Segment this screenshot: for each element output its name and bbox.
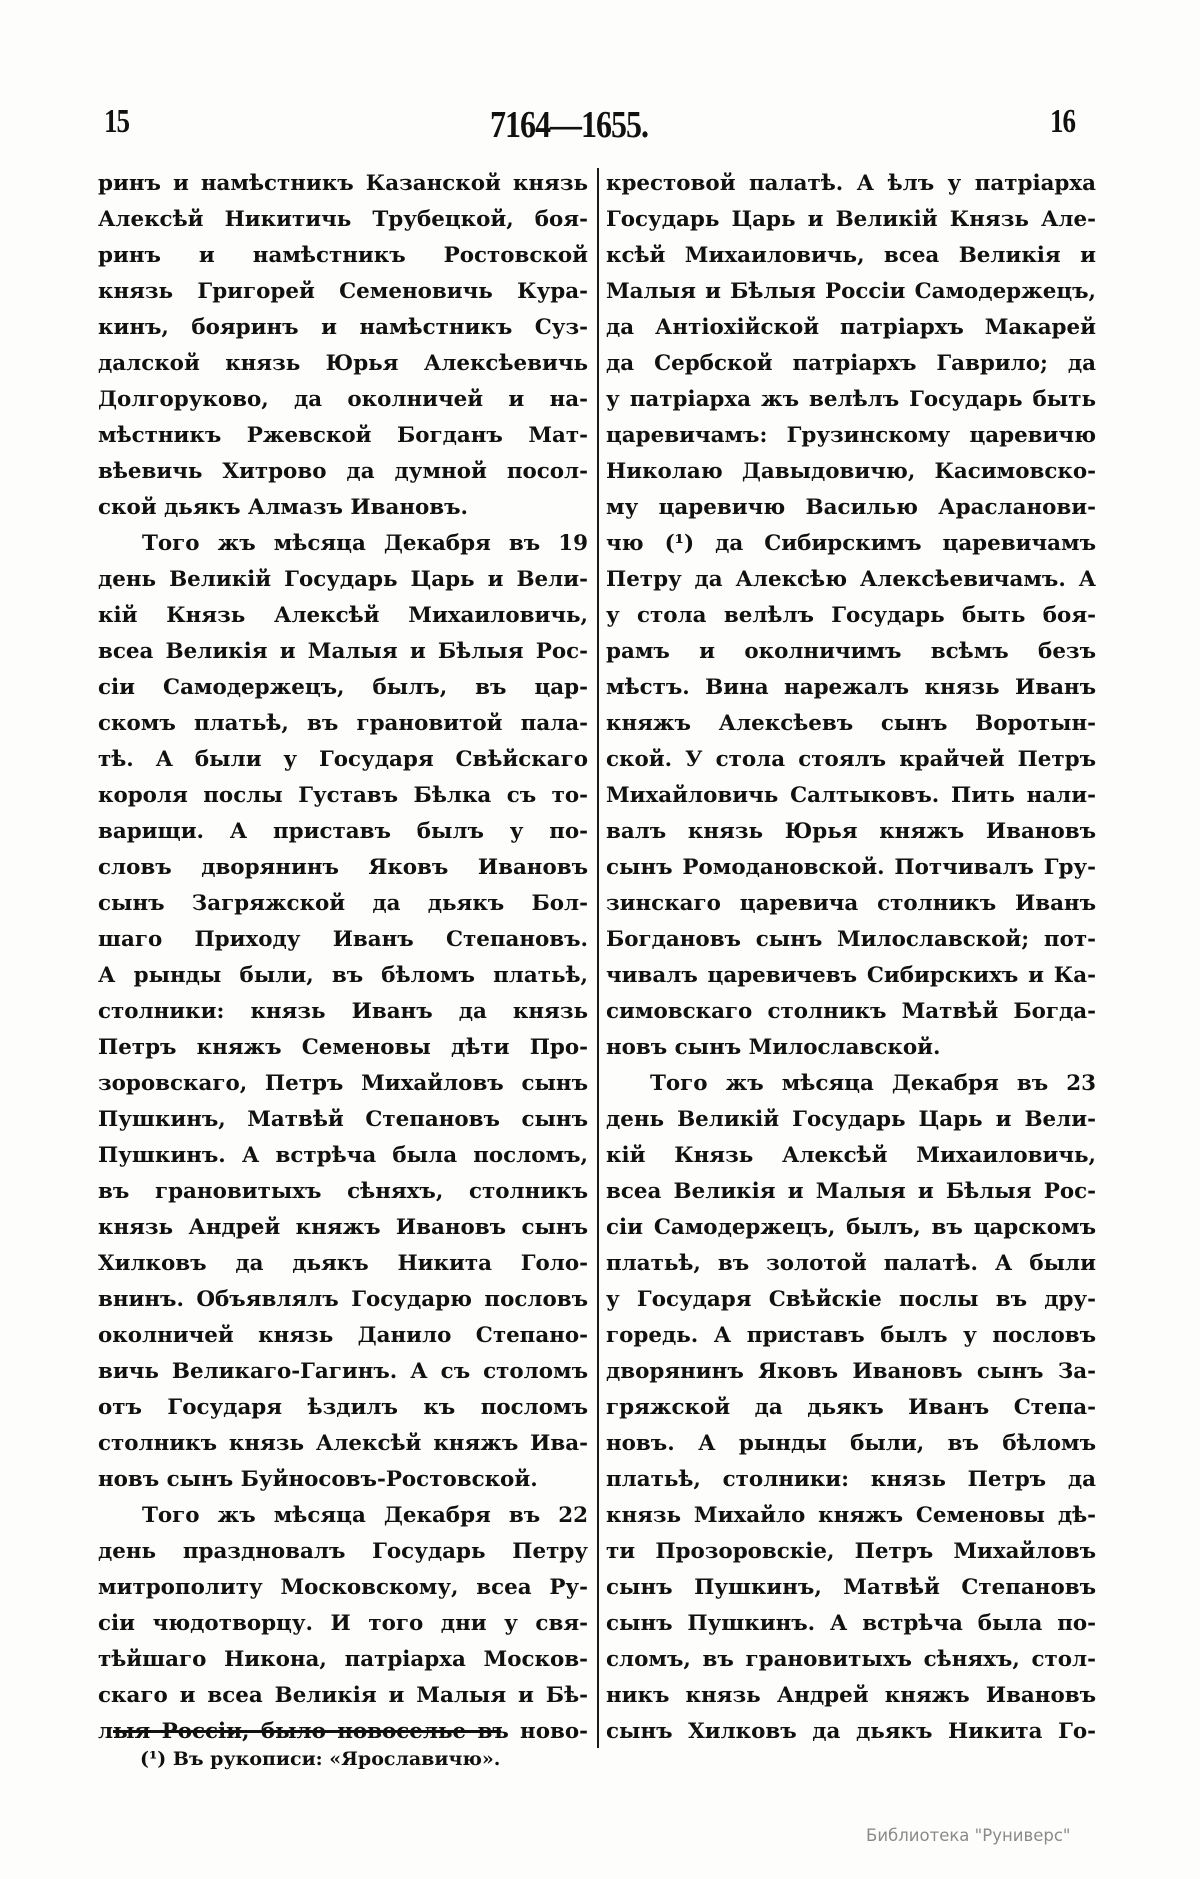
text-line: Малыя и Бѣлыя Россіи Самодержецъ, (606, 274, 1096, 310)
left-text-column: ринъ и намѣстникъ Казанской князьАлексѣй… (98, 166, 588, 1750)
text-line: ской дьякъ Алмазъ Ивановъ. (98, 490, 588, 526)
text-line: Того жъ мѣсяца Декабря въ 23 (606, 1066, 1096, 1102)
text-line: князь Андрей княжъ Ивановъ сынъ (98, 1210, 588, 1246)
text-line: платьѣ, столники: князь Петръ да (606, 1462, 1096, 1498)
text-line: ксѣй Михаиловичь, всеа Великія и (606, 238, 1096, 274)
text-line: зинскаго царевича столникъ Иванъ (606, 886, 1096, 922)
text-line: симовскаго столникъ Матвѣй Богда- (606, 994, 1096, 1030)
text-line: околничей князь Данило Степано- (98, 1318, 588, 1354)
text-line: Петръ княжъ Семеновы дѣти Про- (98, 1030, 588, 1066)
text-line: Долгоруково, да околничей и на- (98, 382, 588, 418)
text-line: скомъ платьѣ, въ грановитой пала- (98, 706, 588, 742)
page-number-left: 15 (104, 102, 129, 141)
text-line: скаго и всеа Великія и Малыя и Бѣ- (98, 1678, 588, 1714)
text-line: далской князь Юрья Алексѣевичь (98, 346, 588, 382)
text-line: никъ князь Андрей княжъ Ивановъ (606, 1678, 1096, 1714)
text-line: гряжской да дьякъ Иванъ Степа- (606, 1390, 1096, 1426)
text-line: Петру да Алексѣю Алексѣевичамъ. А (606, 562, 1096, 598)
text-line: кій Князь Алексѣй Михаиловичь, (606, 1138, 1096, 1174)
text-line: варищи. А приставъ былъ у по- (98, 814, 588, 850)
page-number-right: 16 (1050, 102, 1075, 141)
text-line: ской. У стола стоялъ крайчей Петръ (606, 742, 1096, 778)
text-line: день Великій Государь Царь и Вели- (98, 562, 588, 598)
text-line: дворянинъ Яковъ Ивановъ сынъ За- (606, 1354, 1096, 1390)
text-line: внинъ. Объявлялъ Государю пословъ (98, 1282, 588, 1318)
text-line: мѣстъ. Вина нарежалъ князь Иванъ (606, 670, 1096, 706)
text-line: сіи чюдотворцу. И того дни у свя- (98, 1606, 588, 1642)
text-line: новъ сынъ Буйносовъ-Ростовской. (98, 1462, 588, 1498)
text-line: день Великій Государь Царь и Вели- (606, 1102, 1096, 1138)
text-line: му царевичю Василью Арасланови- (606, 490, 1096, 526)
text-line: рамъ и околничимъ всѣмъ безъ (606, 634, 1096, 670)
text-line: столники: князь Иванъ да князь (98, 994, 588, 1030)
text-line: у патріарха жъ велѣлъ Государь быть (606, 382, 1096, 418)
text-line: словъ дворянинъ Яковъ Ивановъ (98, 850, 588, 886)
text-line: короля послы Густавъ Бѣлка съ то- (98, 778, 588, 814)
text-line: Михайловичь Салтыковъ. Пить нали- (606, 778, 1096, 814)
text-line: ринъ и намѣстникъ Казанской князь (98, 166, 588, 202)
text-line: вѣевичь Хитрово да думной посол- (98, 454, 588, 490)
text-line: кинъ, бояринъ и намѣстникъ Суз- (98, 310, 588, 346)
text-line: сынъ Пушкинъ. А встрѣча была по- (606, 1606, 1096, 1642)
text-line: зоровскаго, Петръ Михайловъ сынъ (98, 1066, 588, 1102)
text-line: Алексѣй Никитичь Трубецкой, боя- (98, 202, 588, 238)
text-line: вичь Великаго-Гагинъ. А съ столомъ (98, 1354, 588, 1390)
text-line: сіи Самодержецъ, былъ, въ царскомъ (606, 1210, 1096, 1246)
text-line: сіи Самодержецъ, былъ, въ цар- (98, 670, 588, 706)
text-line: всеа Великія и Малыя и Бѣлыя Рос- (98, 634, 588, 670)
text-line: да Сербской патріархъ Гаврило; да (606, 346, 1096, 382)
text-line: валъ князь Юрья княжъ Ивановъ (606, 814, 1096, 850)
text-line: Богдановъ сынъ Милославской; пот- (606, 922, 1096, 958)
text-line: Того жъ мѣсяца Декабря въ 22 (98, 1498, 588, 1534)
text-line: князь Григорей Семеновичь Кура- (98, 274, 588, 310)
text-line: Того жъ мѣсяца Декабря въ 19 (98, 526, 588, 562)
text-line: сынъ Загряжской да дьякъ Бол- (98, 886, 588, 922)
text-line: ринъ и намѣстникъ Ростовской (98, 238, 588, 274)
text-line: шаго Приходу Иванъ Степановъ. (98, 922, 588, 958)
text-line: Государь Царь и Великій Князь Але- (606, 202, 1096, 238)
text-line: кій Князь Алексѣй Михаиловичь, (98, 598, 588, 634)
text-line: у стола велѣлъ Государь быть боя- (606, 598, 1096, 634)
text-line: день праздновалъ Государь Петру (98, 1534, 588, 1570)
text-line: новъ сынъ Милославской. (606, 1030, 1096, 1066)
running-title: 7164—1655. (490, 102, 648, 146)
text-line: да Антіохійской патріархъ Макарей (606, 310, 1096, 346)
text-line: въ грановитыхъ сѣняхъ, столникъ (98, 1174, 588, 1210)
text-line: столникъ князь Алексѣй княжъ Ива- (98, 1426, 588, 1462)
library-watermark: Библиотека "Руниверс" (866, 1826, 1071, 1845)
text-line: княжъ Алексѣевъ сынъ Воротын- (606, 706, 1096, 742)
footnote-rule (113, 1730, 501, 1733)
text-line: платьѣ, въ золотой палатѣ. А были (606, 1246, 1096, 1282)
text-line: ти Прозоровскіе, Петръ Михайловъ (606, 1534, 1096, 1570)
text-line: всеа Великія и Малыя и Бѣлыя Рос- (606, 1174, 1096, 1210)
right-text-column: крестовой палатѣ. А ѣлъ у патріархаГосуд… (606, 166, 1096, 1750)
text-line: Хилковъ да дьякъ Никита Голо- (98, 1246, 588, 1282)
text-line: мѣстникъ Ржевской Богданъ Мат- (98, 418, 588, 454)
text-line: Николаю Давыдовичю, Касимовско- (606, 454, 1096, 490)
text-line: царевичамъ: Грузинскому царевичю (606, 418, 1096, 454)
text-line: чивалъ царевичевъ Сибирскихъ и Ка- (606, 958, 1096, 994)
text-line: новъ. А рынды были, въ бѣломъ (606, 1426, 1096, 1462)
text-line: крестовой палатѣ. А ѣлъ у патріарха (606, 166, 1096, 202)
text-line: сынъ Ромодановской. Потчивалъ Гру- (606, 850, 1096, 886)
text-line: чю (¹) да Сибирскимъ царевичамъ (606, 526, 1096, 562)
column-divider (597, 168, 599, 1748)
text-line: Пушкинъ, Матвѣй Степановъ сынъ (98, 1102, 588, 1138)
text-line: А рынды были, въ бѣломъ платьѣ, (98, 958, 588, 994)
text-line: Пушкинъ. А встрѣча была посломъ, (98, 1138, 588, 1174)
text-line: сынъ Хилковъ да дьякъ Никита Го- (606, 1714, 1096, 1750)
text-line: митрополиту Московскому, всеа Ру- (98, 1570, 588, 1606)
footnote: (¹) Въ рукописи: «Ярославичю». (140, 1748, 500, 1770)
text-line: горедь. А приставъ былъ у пословъ (606, 1318, 1096, 1354)
text-line: князь Михайло княжъ Семеновы дѣ- (606, 1498, 1096, 1534)
text-line: сломъ, въ грановитыхъ сѣняхъ, стол- (606, 1642, 1096, 1678)
text-line: отъ Государя ѣздилъ къ посломъ (98, 1390, 588, 1426)
page-header: 15 7164—1655. 16 (0, 102, 1200, 142)
text-line: сынъ Пушкинъ, Матвѣй Степановъ (606, 1570, 1096, 1606)
text-line: тѣ. А были у Государя Свѣйскаго (98, 742, 588, 778)
text-line: у Государя Свѣйскіе послы въ дру- (606, 1282, 1096, 1318)
text-line: тѣйшаго Никона, патріарха Москов- (98, 1642, 588, 1678)
